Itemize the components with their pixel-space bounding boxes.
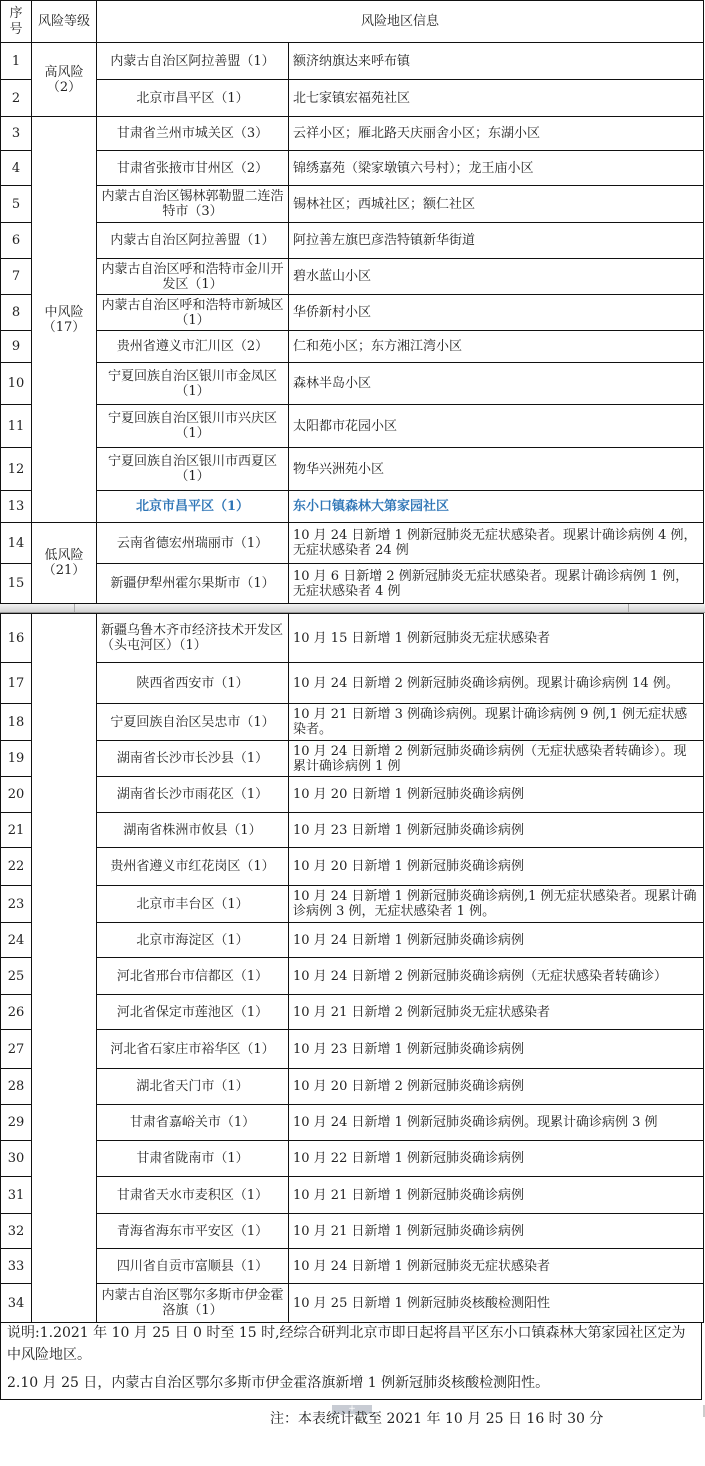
row-number: 25 [1,958,32,995]
area-cell: 青海省海东市平安区（1） [97,1214,289,1249]
row-number: 33 [1,1249,32,1284]
level-low-continued [32,614,97,1323]
table-row: 7 内蒙古自治区呼和浩特市金川开发区（1） 碧水蓝山小区 [1,259,704,295]
table-row-highlighted: 13 北京市昌平区（1） 东小口镇森林大第家园社区 [1,491,704,523]
row-number: 22 [1,848,32,886]
risk-table-part2: 16 新疆乌鲁木齐市经济技术开发区（头屯河区）（1） 10 月 15 日新增 1… [0,613,704,1323]
table-row: 3 中风险（17） 甘肃省兰州市城关区（3） 云祥小区；雁北路天庆丽舍小区；东湖… [1,117,704,151]
table-row: 23 北京市丰台区（1） 10 月 24 日新增 1 例新冠肺炎确诊病例,1 例… [1,886,704,923]
area-cell: 北京市昌平区（1） [97,491,289,523]
area-cell: 湖南省长沙市长沙县（1） [97,741,289,777]
area-cell: 河北省石家庄市裕华区（1） [97,1030,289,1069]
table-row: 4 甘肃省张掖市甘州区（2） 锦绣嘉苑（梁家墩镇六号村）；龙王庙小区 [1,151,704,186]
table-row: 11 宁夏回族自治区银川市兴庆区（1） 太阳都市花园小区 [1,405,704,448]
area-cell: 新疆乌鲁木齐市经济技术开发区（头屯河区）（1） [97,614,289,663]
info-cell: 10 月 21 日新增 1 例新冠肺炎确诊病例 [289,1214,704,1249]
row-number: 32 [1,1214,32,1249]
row-number: 14 [1,523,32,564]
info-cell: 阿拉善左旗巴彦浩特镇新华街道 [289,223,704,259]
row-number: 34 [1,1284,32,1323]
info-cell: 10 月 22 日新增 1 例新冠肺炎确诊病例 [289,1141,704,1177]
table-row: 33 四川省自贡市富顺县（1） 10 月 24 日新增 1 例新冠肺炎无症状感染… [1,1249,704,1284]
info-cell: 10 月 23 日新增 1 例新冠肺炎确诊病例 [289,813,704,848]
row-number: 24 [1,923,32,958]
info-cell: 10 月 23 日新增 1 例新冠肺炎确诊病例 [289,1030,704,1069]
footer-note: 注：本表统计截至 2021 年 10 月 25 日 16 时 30 分 [270,1408,603,1428]
level-low: 低风险（21） [32,523,97,604]
area-cell: 甘肃省兰州市城关区（3） [97,117,289,151]
table-row: 21 湖南省株洲市攸县（1） 10 月 23 日新增 1 例新冠肺炎确诊病例 [1,813,704,848]
area-cell: 新疆伊犁州霍尔果斯市（1） [97,564,289,604]
row-number: 31 [1,1177,32,1214]
table-row: 9 贵州省遵义市汇川区（2） 仁和苑小区；东方湘江湾小区 [1,331,704,363]
table-row: 30 甘肃省陇南市（1） 10 月 22 日新增 1 例新冠肺炎确诊病例 [1,1141,704,1177]
table-row: 18 宁夏回族自治区吴忠市（1） 10 月 21 日新增 3 例确诊病例。现累计… [1,704,704,741]
area-cell: 内蒙古自治区阿拉善盟（1） [97,223,289,259]
info-cell: 华侨新村小区 [289,295,704,331]
header-info: 风险地区信息 [97,1,704,43]
table-row: 2 北京市昌平区（1） 北七家镇宏福苑社区 [1,80,704,117]
row-number: 16 [1,614,32,663]
area-cell: 宁夏回族自治区银川市金凤区（1） [97,363,289,405]
note-2: 2.10 月 25 日，内蒙古自治区鄂尔多斯市伊金霍洛旗新增 1 例新冠肺炎核酸… [7,1372,699,1394]
row-number: 15 [1,564,32,604]
table-row: 28 湖北省天门市（1） 10 月 20 日新增 2 例新冠肺炎确诊病例 [1,1069,704,1105]
row-number: 3 [1,117,32,151]
area-cell: 湖北省天门市（1） [97,1069,289,1105]
info-cell: 10 月 21 日新增 1 例新冠肺炎确诊病例 [289,1177,704,1214]
row-number: 21 [1,813,32,848]
info-cell: 10 月 25 日新增 1 例新冠肺炎核酸检测阳性 [289,1284,704,1323]
area-cell: 内蒙古自治区鄂尔多斯市伊金霍洛旗（1） [97,1284,289,1323]
table-row: 10 宁夏回族自治区银川市金凤区（1） 森林半岛小区 [1,363,704,405]
area-cell: 湖南省长沙市雨花区（1） [97,777,289,813]
row-number: 11 [1,405,32,448]
row-number: 10 [1,363,32,405]
risk-table-part1: 序号 风险等级 风险地区信息 1 高风险（2） 内蒙古自治区阿拉善盟（1） 额济… [0,0,704,604]
row-number: 17 [1,663,32,704]
info-cell: 10 月 24 日新增 2 例新冠肺炎确诊病例。现累计确诊病例 14 例。 [289,663,704,704]
row-number: 20 [1,777,32,813]
info-cell: 物华兴洲苑小区 [289,448,704,491]
table-row: 34 内蒙古自治区鄂尔多斯市伊金霍洛旗（1） 10 月 25 日新增 1 例新冠… [1,1284,704,1323]
table-row: 27 河北省石家庄市裕华区（1） 10 月 23 日新增 1 例新冠肺炎确诊病例 [1,1030,704,1069]
table-row: 1 高风险（2） 内蒙古自治区阿拉善盟（1） 额济纳旗达来呼布镇 [1,43,704,80]
row-number: 8 [1,295,32,331]
row-number: 5 [1,186,32,223]
header-seq: 序号 [1,1,32,43]
area-cell: 内蒙古自治区呼和浩特市新城区（1） [97,295,289,331]
separator-tick [74,604,75,612]
row-number: 26 [1,995,32,1030]
row-number: 28 [1,1069,32,1105]
row-number: 29 [1,1105,32,1141]
area-cell: 北京市昌平区（1） [97,80,289,117]
table-row: 16 新疆乌鲁木齐市经济技术开发区（头屯河区）（1） 10 月 15 日新增 1… [1,614,704,663]
table-row: 22 贵州省遵义市红花岗区（1） 10 月 20 日新增 1 例新冠肺炎确诊病例 [1,848,704,886]
area-cell: 宁夏回族自治区银川市西夏区（1） [97,448,289,491]
area-cell: 甘肃省嘉峪关市（1） [97,1105,289,1141]
table-row: 17 陕西省西安市（1） 10 月 24 日新增 2 例新冠肺炎确诊病例。现累计… [1,663,704,704]
info-cell: 云祥小区；雁北路天庆丽舍小区；东湖小区 [289,117,704,151]
notes-section: 说明:1.2021 年 10 月 25 日 0 时至 15 时,经综合研判北京市… [0,1322,702,1400]
row-number: 6 [1,223,32,259]
table-row: 25 河北省邢台市信都区（1） 10 月 24 日新增 2 例新冠肺炎确诊病例（… [1,958,704,995]
info-cell: 太阳都市花园小区 [289,405,704,448]
area-cell: 河北省保定市莲池区（1） [97,995,289,1030]
info-cell: 仁和苑小区；东方湘江湾小区 [289,331,704,363]
area-cell: 陕西省西安市（1） [97,663,289,704]
table-row: 29 甘肃省嘉峪关市（1） 10 月 24 日新增 1 例新冠肺炎确诊病例。现累… [1,1105,704,1141]
area-cell: 内蒙古自治区阿拉善盟（1） [97,43,289,80]
note-1: 说明:1.2021 年 10 月 25 日 0 时至 15 时,经综合研判北京市… [7,1322,699,1366]
row-number: 4 [1,151,32,186]
table-row: 31 甘肃省天水市麦积区（1） 10 月 21 日新增 1 例新冠肺炎确诊病例 [1,1177,704,1214]
table-row: 14 低风险（21） 云南省德宏州瑞丽市（1） 10 月 24 日新增 1 例新… [1,523,704,564]
table-row: 12 宁夏回族自治区银川市西夏区（1） 物华兴洲苑小区 [1,448,704,491]
level-medium: 中风险（17） [32,117,97,523]
table-row: 6 内蒙古自治区阿拉善盟（1） 阿拉善左旗巴彦浩特镇新华街道 [1,223,704,259]
separator-tick [628,604,629,612]
table-row: 8 内蒙古自治区呼和浩特市新城区（1） 华侨新村小区 [1,295,704,331]
area-cell: 北京市丰台区（1） [97,886,289,923]
info-cell: 10 月 20 日新增 2 例新冠肺炎确诊病例 [289,1069,704,1105]
info-cell: 10 月 24 日新增 2 例新冠肺炎确诊病例（无症状感染者转确诊） [289,958,704,995]
table-row: 26 河北省保定市莲池区（1） 10 月 21 日新增 2 例新冠肺炎无症状感染… [1,995,704,1030]
page-break-separator [0,604,705,613]
table-row: 24 北京市海淀区（1） 10 月 24 日新增 1 例新冠肺炎确诊病例 [1,923,704,958]
row-number: 23 [1,886,32,923]
level-high: 高风险（2） [32,43,97,117]
row-number: 19 [1,741,32,777]
table-row: 20 湖南省长沙市雨花区（1） 10 月 20 日新增 1 例新冠肺炎确诊病例 [1,777,704,813]
info-cell: 10 月 24 日新增 1 例新冠肺炎确诊病例 [289,923,704,958]
info-cell: 10 月 24 日新增 1 例新冠肺炎确诊病例,1 例无症状感染者。现累计确诊病… [289,886,704,923]
area-cell: 甘肃省天水市麦积区（1） [97,1177,289,1214]
table-header: 序号 风险等级 风险地区信息 [1,1,704,43]
area-cell: 云南省德宏州瑞丽市（1） [97,523,289,564]
info-cell: 碧水蓝山小区 [289,259,704,295]
area-cell: 河北省邢台市信都区（1） [97,958,289,995]
table-row: 5 内蒙古自治区锡林郭勒盟二连浩特市（3） 锡林社区；西城社区；额仁社区 [1,186,704,223]
area-cell: 四川省自贡市富顺县（1） [97,1249,289,1284]
area-cell: 甘肃省陇南市（1） [97,1141,289,1177]
info-cell: 10 月 6 日新增 2 例新冠肺炎无症状感染者。现累计确诊病例 1 例，无症状… [289,564,704,604]
table-row: 32 青海省海东市平安区（1） 10 月 21 日新增 1 例新冠肺炎确诊病例 [1,1214,704,1249]
row-number: 7 [1,259,32,295]
info-cell: 10 月 24 日新增 1 例新冠肺炎确诊病例。现累计确诊病例 3 例 [289,1105,704,1141]
info-cell: 10 月 24 日新增 2 例新冠肺炎确诊病例（无症状感染者转确诊）。现累计确诊… [289,741,704,777]
info-cell: 锡林社区；西城社区；额仁社区 [289,186,704,223]
area-cell: 北京市海淀区（1） [97,923,289,958]
table-row: 15 新疆伊犁州霍尔果斯市（1） 10 月 6 日新增 2 例新冠肺炎无症状感染… [1,564,704,604]
info-cell: 森林半岛小区 [289,363,704,405]
area-cell: 贵州省遵义市汇川区（2） [97,331,289,363]
header-level: 风险等级 [32,1,97,43]
area-cell: 宁夏回族自治区银川市兴庆区（1） [97,405,289,448]
row-number: 1 [1,43,32,80]
info-cell: 北七家镇宏福苑社区 [289,80,704,117]
row-number: 12 [1,448,32,491]
info-cell: 10 月 21 日新增 3 例确诊病例。现累计确诊病例 9 例,1 例无症状感染… [289,704,704,741]
info-cell: 10 月 24 日新增 1 例新冠肺炎无症状感染者 [289,1249,704,1284]
info-cell: 锦绣嘉苑（梁家墩镇六号村）；龙王庙小区 [289,151,704,186]
info-cell: 10 月 24 日新增 1 例新冠肺炎无症状感染者。现累计确诊病例 4 例，无症… [289,523,704,564]
area-cell: 湖南省株洲市攸县（1） [97,813,289,848]
info-cell: 10 月 21 日新增 2 例新冠肺炎无症状感染者 [289,995,704,1030]
row-number: 13 [1,491,32,523]
area-cell: 宁夏回族自治区吴忠市（1） [97,704,289,741]
row-number: 9 [1,331,32,363]
row-number: 30 [1,1141,32,1177]
info-cell: 额济纳旗达来呼布镇 [289,43,704,80]
row-number: 2 [1,80,32,117]
info-cell: 10 月 20 日新增 1 例新冠肺炎确诊病例 [289,848,704,886]
row-number: 27 [1,1030,32,1069]
row-number: 18 [1,704,32,741]
area-cell: 内蒙古自治区呼和浩特市金川开发区（1） [97,259,289,295]
area-cell: 甘肃省张掖市甘州区（2） [97,151,289,186]
area-cell: 内蒙古自治区锡林郭勒盟二连浩特市（3） [97,186,289,223]
info-cell: 10 月 15 日新增 1 例新冠肺炎无症状感染者 [289,614,704,663]
table-row: 19 湖南省长沙市长沙县（1） 10 月 24 日新增 2 例新冠肺炎确诊病例（… [1,741,704,777]
info-cell: 东小口镇森林大第家园社区 [289,491,704,523]
info-cell: 10 月 20 日新增 1 例新冠肺炎确诊病例 [289,777,704,813]
area-cell: 贵州省遵义市红花岗区（1） [97,848,289,886]
